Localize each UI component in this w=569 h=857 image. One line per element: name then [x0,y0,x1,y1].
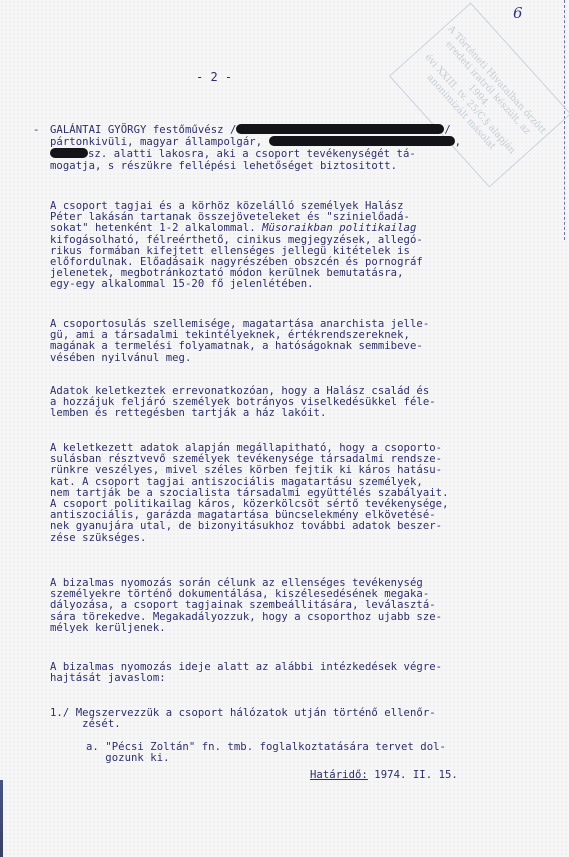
document-page: 6 - 2 - A Történeti Hivatalban őrzött er… [0,0,569,857]
text-line: A csoport politikailag káros, közerkölcs… [50,498,449,510]
text-line: nek gyanujára utal, de bizonyitásukhoz t… [50,520,442,532]
intro-line: GALÁNTAI GYÖRGY festőművész / [50,124,236,136]
text-line: gü, ami a társadalmi tekintélyeknek, ért… [50,329,410,341]
text-line: rünkre veszélyes, mivel széles körben fe… [50,464,442,476]
text-line: A bizalmas nyomozás ideje alatt az alább… [50,661,442,673]
scan-edge-left [0,780,3,857]
intro-line: pártonkivüli, magyar állampolgár, [50,136,269,148]
deadline-label: Határidő: [310,769,368,781]
text-line: nem tartják be a szocialista társadalmi … [50,487,449,499]
text-line: sára törekedve. Megakadályozzuk, hogy a … [50,611,442,623]
paragraph-5: A bizalmas nyomozás során célunk az elle… [50,578,510,634]
measure-number: 1./ [50,707,69,719]
text-line: A keletkezett adatok alapján megállapith… [50,442,442,454]
text-line: vésében nyilvánul meg. [50,352,191,364]
paragraph-6: A bizalmas nyomozás ideje alatt az alább… [50,662,510,684]
intro-line: , [455,136,461,148]
intro-line: / [444,124,450,136]
paragraph-1: A csoport tagjai és a körhöz közelálló s… [50,201,510,291]
text-line: A bizalmas nyomozás során célunk az elle… [50,577,423,589]
paragraph-4: A keletkezett adatok alapján megállapith… [50,443,510,544]
redaction-block [50,148,88,158]
text-line: egy-egy alkalommal 15-20 fő jelenlétében… [50,278,314,290]
text-line: mélyek kerüljenek. [50,622,166,634]
italic-text: Müsoraikban politikailag [256,222,417,234]
paragraph-2: A csoportosulás szellemisége, magatartás… [50,319,510,364]
sub-measure-letter: a. [86,741,99,753]
text-line: dályozása, a csoport tagjainak szembeáll… [50,599,436,611]
deadline: Határidő: 1974. II. 15. [310,770,510,781]
text-line: személyekre történő dokumentálása, kiszé… [50,588,429,600]
text-line: "Pécsi Zoltán" fn. tmb. foglalkoztatásár… [105,741,446,753]
intro-paragraph: GALÁNTAI GYÖRGY festőművész // pártonkiv… [50,124,510,172]
text-line: magának a termelési folyamatnak, a hatós… [50,340,423,352]
text-line: kifogásolható, félreérthető, cinikus meg… [50,234,423,246]
deadline-value: 1974. II. 15. [368,769,458,781]
text-line: Péter lakásán tartanak összejöveteleket … [50,211,410,223]
redaction-block [236,124,444,134]
text-line: A csoport tagjai és a körhöz közelálló s… [50,200,404,212]
text-line: Adatok keletkeztek errevonatkozóan, hogy… [50,385,429,397]
text-line: hajtását javaslom: [50,672,166,684]
intro-line: mogatja, s részükre fellépési lehetősége… [50,160,397,172]
text-line: előfordulnak. Előadásaik nagyrészében ob… [50,256,423,268]
text-line: sokat" hetenként 1-2 alkalommal. [50,222,256,234]
text-line: Megszervezzük a csoport hálózatok utján … [76,707,436,719]
measure-1a: a. "Pécsi Zoltán" fn. tmb. foglalkoztatá… [86,742,546,764]
paragraph-3: Adatok keletkeztek errevonatkozóan, hogy… [50,386,510,420]
intro-line: sz. alatti lakosra, aki a csoport tevéke… [88,148,416,160]
page-number: - 2 - [196,70,232,84]
text-line: gozunk ki. [105,752,169,764]
text-line: zése szükséges. [50,532,146,544]
text-line: lemben és rettegésben tartják a ház lakó… [50,407,326,419]
text-line: zését. [82,718,121,730]
text-line: a hozzájuk feljáró személyek botrányos v… [50,396,436,408]
text-line: antiszociális, garázda magatartása büncs… [50,509,436,521]
text-line: A csoportosulás szellemisége, magatartás… [50,318,429,330]
intro-bullet: - [33,124,39,136]
redaction-block [269,136,455,146]
text-line: kat. A csoport tagjai antiszociális maga… [50,476,423,488]
folio-mark: 6 [513,4,523,22]
measure-1: 1./ Megszervezzük a csoport hálózatok ut… [50,708,510,730]
text-line: sulásban résztvevő személyek tevékenység… [50,453,442,465]
text-line: rikus formában kifejtett ellenséges jell… [50,245,410,257]
text-line: jelenetek, megbotránkoztató módon kerüln… [50,267,404,279]
